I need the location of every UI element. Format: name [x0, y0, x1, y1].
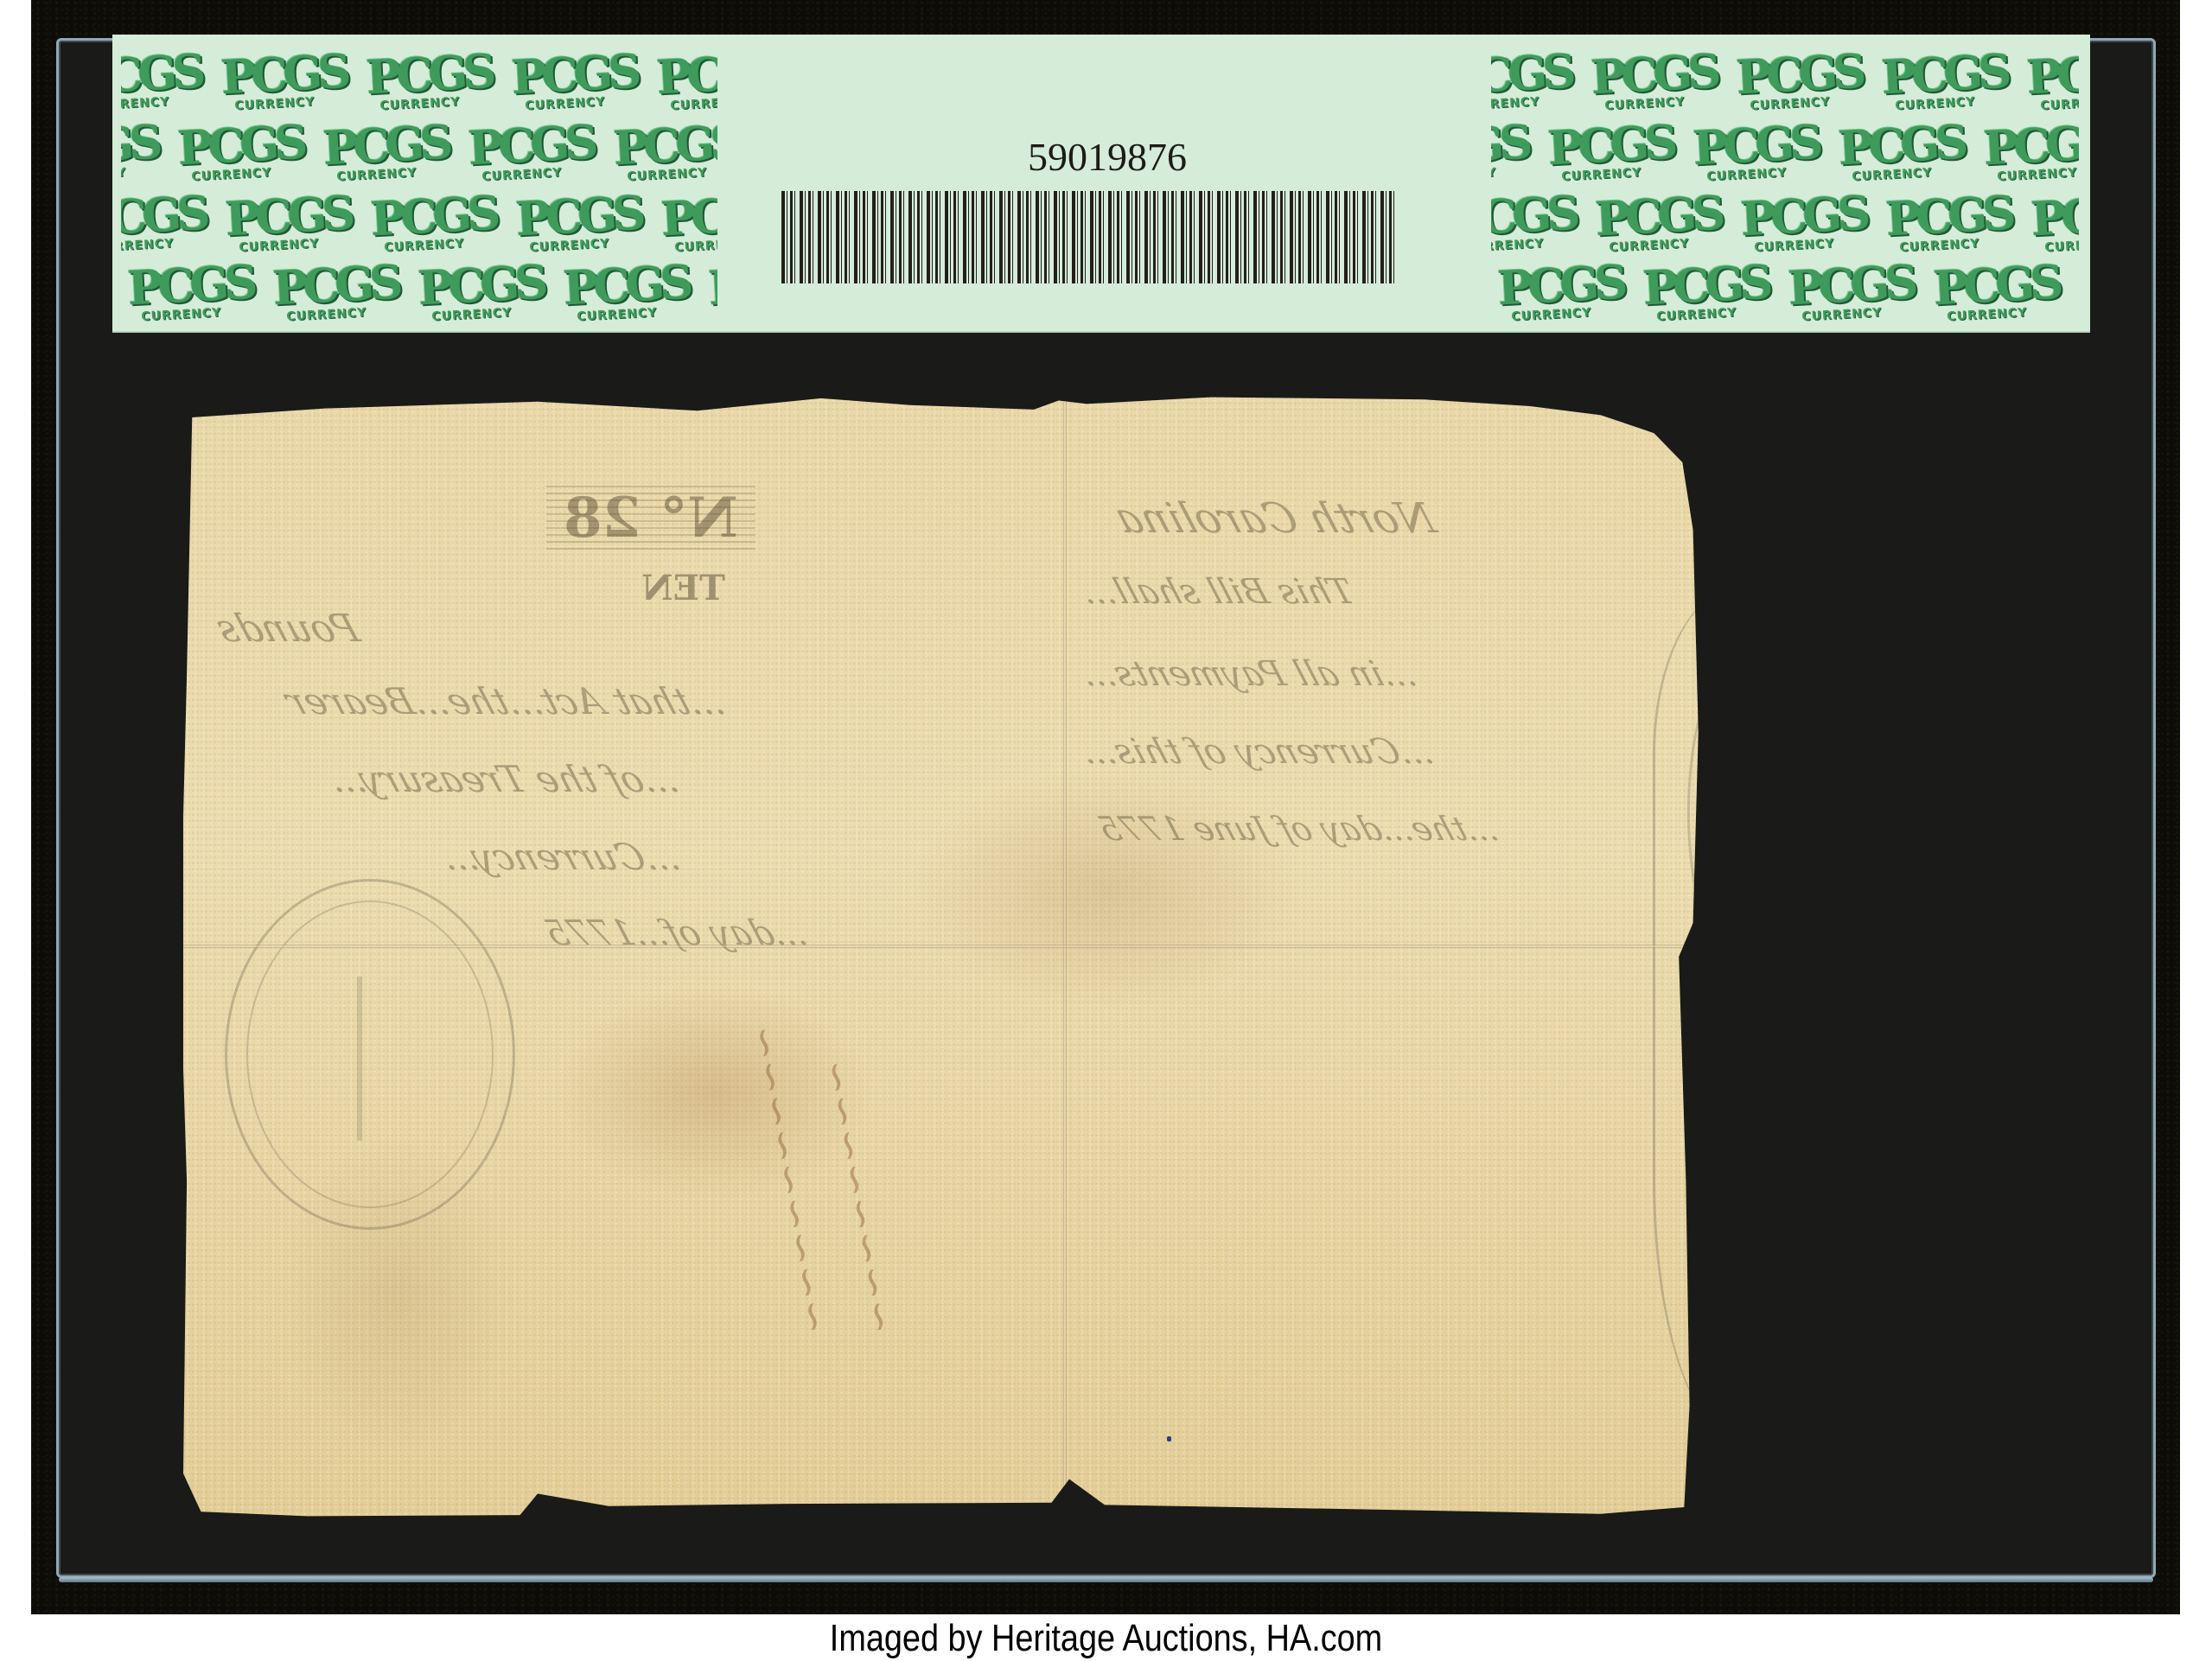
logo-row: PCGSCURRENCYPCGSCURRENCYPCGSCURRENCYPCGS…	[1491, 192, 2079, 254]
pcgs-logo-icon: PCGSCURRENCY	[121, 47, 201, 116]
image-credit-caption: Imaged by Heritage Auctions, HA.com	[155, 1616, 2057, 1661]
cert-number: 59019876	[1008, 137, 1207, 178]
pcgs-logo-icon: PCGSCURRENCY	[653, 188, 717, 258]
logo-row: PCGSCURRENCYPCGSCURRENCYPCGSCURRENCYPCGS…	[1491, 50, 2079, 112]
ink-line: North Carolina	[1109, 494, 1442, 543]
ink-line: ...in all Payments...	[1076, 654, 1422, 694]
pcgs-logo-icon: PCGSCURRENCY	[648, 47, 717, 116]
pcgs-logo-icon: PCGSCURRENCY	[1975, 118, 2079, 187]
pcgs-logo-icon: PCGSCURRENCY	[410, 258, 543, 327]
logo-pattern-left: PCGSCURRENCYPCGSCURRENCYPCGSCURRENCYPCGS…	[121, 35, 717, 331]
pcgs-logo-icon: PCGSCURRENCY	[121, 188, 205, 258]
pcgs-logo-icon: PCGSCURRENCY	[213, 47, 346, 116]
logo-row: PCGSCURRENCYPCGSCURRENCYPCGSCURRENCYPCGS…	[1491, 121, 2079, 183]
pcgs-logo-icon: PCGSCURRENCY	[1873, 47, 2006, 116]
pcgs-logo-icon: PCGSCURRENCY	[1583, 47, 1716, 116]
ink-line: ...Currency...	[436, 836, 685, 878]
pcgs-logo-icon: PCGSCURRENCY	[1830, 118, 1963, 187]
ink-line: ...that Act...the...Bearer	[280, 680, 730, 722]
logo-row: PCGSCURRENCYPCGSCURRENCYPCGSCURRENCYPCGS…	[121, 192, 717, 254]
seal-detail	[357, 977, 362, 1141]
ink-line: ...of the Treasury...	[323, 758, 684, 800]
pcgs-logo-icon: PCGSCURRENCY	[1780, 258, 1913, 327]
denomination-bleedthrough: TEN	[641, 568, 725, 608]
pcgs-logo-icon: PCGSCURRENCY	[2070, 258, 2079, 327]
pcgs-logo-icon: PCGSCURRENCY	[358, 47, 491, 116]
pcgs-logo-icon: PCGSCURRENCY	[507, 188, 641, 258]
ink-line: This Bill shall...	[1076, 572, 1360, 612]
ink-speck	[1167, 1436, 1171, 1441]
pcgs-logo-icon: PCGSCURRENCY	[1732, 188, 1865, 258]
barcode	[781, 191, 1397, 283]
pcgs-logo-icon: PCGSCURRENCY	[555, 258, 688, 327]
pcgs-logo-icon: PCGSCURRENCY	[362, 188, 495, 258]
ink-line: ...the...day of June 1775	[1093, 810, 1503, 848]
logo-row: PCGSCURRENCYPCGSCURRENCYPCGSCURRENCYPCGS…	[121, 50, 717, 112]
pcgs-logo-icon: PCGSCURRENCY	[1491, 258, 1622, 327]
pcgs-logo-icon: PCGSCURRENCY	[460, 118, 593, 187]
pcgs-logo-icon: PCGSCURRENCY	[2018, 47, 2079, 116]
pcgs-logo-icon: PCGSCURRENCY	[1539, 118, 1673, 187]
pcgs-logo-icon: PCGSCURRENCY	[217, 188, 350, 258]
seal-impression	[225, 879, 515, 1230]
pcgs-logo-icon: PCGSCURRENCY	[169, 118, 303, 187]
pcgs-logo-icon: PCGSCURRENCY	[700, 258, 717, 327]
ink-line: ...Currency of this...	[1076, 732, 1439, 772]
pcgs-logo-icon: PCGSCURRENCY	[1491, 118, 1527, 187]
logo-row: PCGSCURRENCYPCGSCURRENCYPCGSCURRENCYPCGS…	[1491, 261, 2079, 323]
note-serial-bleedthrough: N° 28	[546, 486, 755, 550]
pcgs-label: PCGSCURRENCYPCGSCURRENCYPCGSCURRENCYPCGS…	[112, 35, 2090, 331]
pcgs-logo-icon: PCGSCURRENCY	[605, 118, 717, 187]
pcgs-logo-icon: PCGSCURRENCY	[1491, 188, 1575, 258]
vertical-fold	[1063, 395, 1067, 1518]
logo-pattern-right: PCGSCURRENCYPCGSCURRENCYPCGSCURRENCYPCGS…	[1491, 35, 2079, 331]
logo-row: PCGSCURRENCYPCGSCURRENCYPCGSCURRENCYPCGS…	[121, 121, 717, 183]
pcgs-logo-icon: PCGSCURRENCY	[2023, 188, 2079, 258]
pcgs-logo-icon: PCGSCURRENCY	[1685, 118, 1818, 187]
logo-row: PCGSCURRENCYPCGSCURRENCYPCGSCURRENCYPCGS…	[121, 261, 717, 323]
pcgs-logo-icon: PCGSCURRENCY	[1925, 258, 2058, 327]
pcgs-logo-icon: PCGSCURRENCY	[121, 118, 157, 187]
pcgs-logo-icon: PCGSCURRENCY	[1635, 258, 1768, 327]
pcgs-logo-icon: PCGSCURRENCY	[1491, 47, 1571, 116]
pcgs-logo-icon: PCGSCURRENCY	[503, 47, 636, 116]
pcgs-logo-icon: PCGSCURRENCY	[121, 258, 252, 327]
pcgs-logo-icon: PCGSCURRENCY	[1877, 188, 2011, 258]
pcgs-logo-icon: PCGSCURRENCY	[265, 258, 398, 327]
pcgs-logo-icon: PCGSCURRENCY	[315, 118, 448, 187]
pcgs-logo-icon: PCGSCURRENCY	[1728, 47, 1861, 116]
ink-line: Pounds	[211, 607, 365, 651]
pcgs-logo-icon: PCGSCURRENCY	[1587, 188, 1720, 258]
